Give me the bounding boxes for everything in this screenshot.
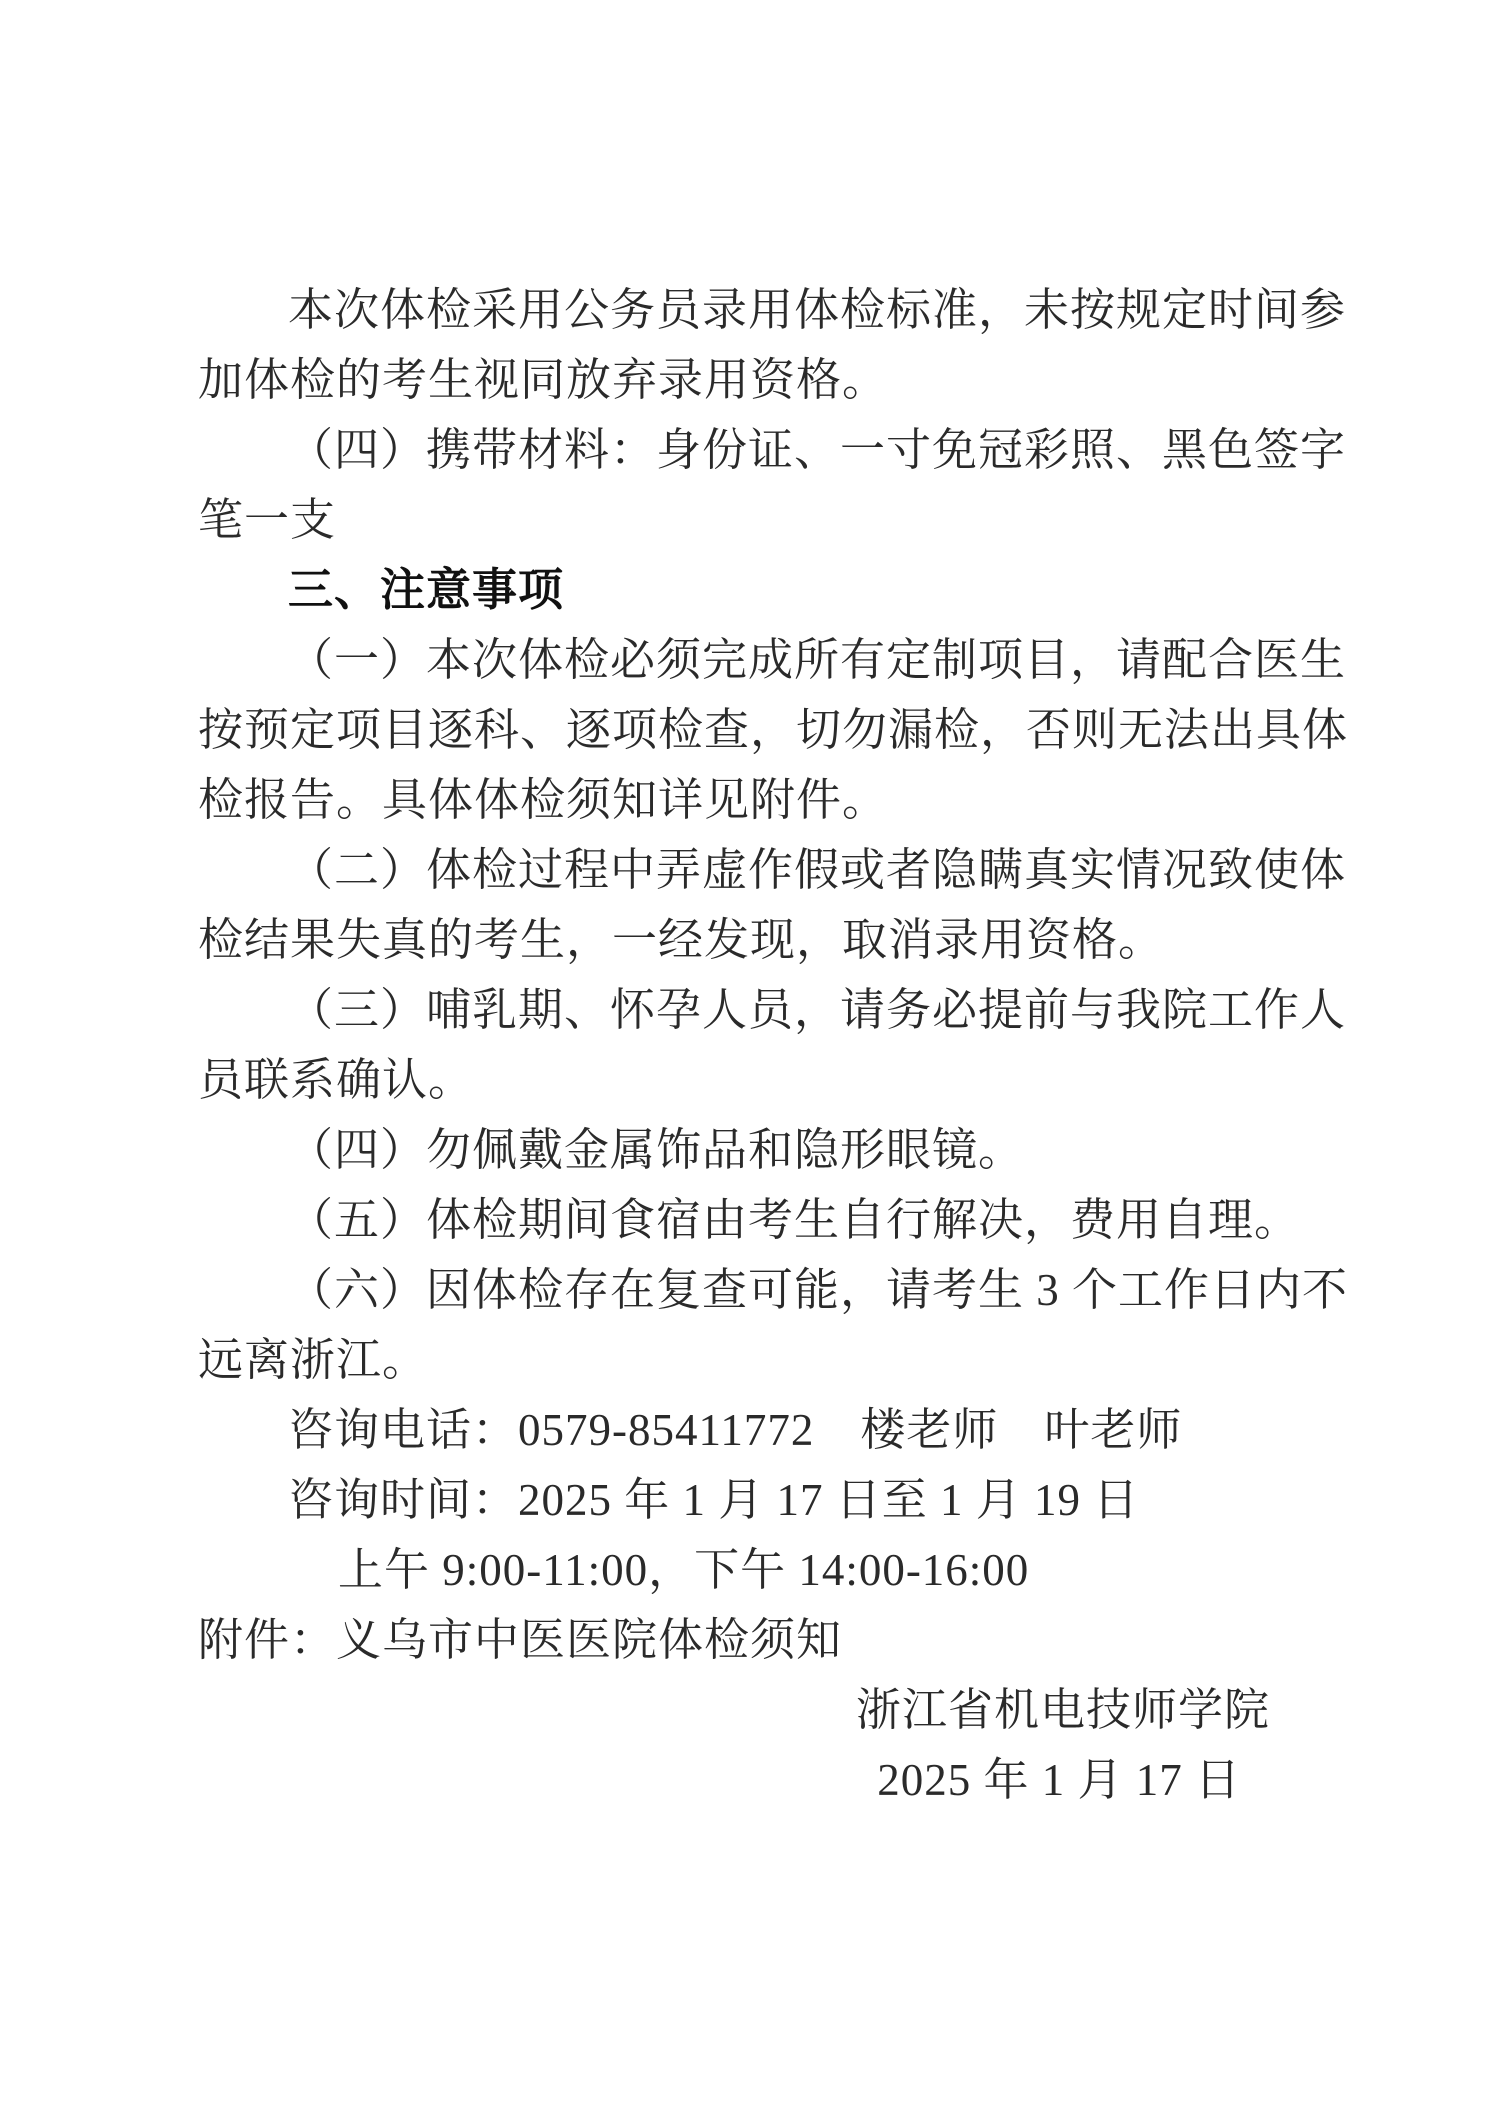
doc-line-standard-2: 加体检的考生视同放弃录用资格。 [198,345,1313,415]
document-page: 本次体检采用公务员录用体检标准，未按规定时间参 加体检的考生视同放弃录用资格。 … [0,0,1500,2121]
doc-line-note6-1: （六）因体检存在复查可能，请考生 3 个工作日内不 [198,1255,1313,1325]
doc-line-note1-2: 按预定项目逐科、逐项检查，切勿漏检，否则无法出具体 [198,695,1313,765]
doc-line-attachment: 附件：义乌市中医医院体检须知 [198,1605,1313,1675]
document-text-block: 本次体检采用公务员录用体检标准，未按规定时间参 加体检的考生视同放弃录用资格。 … [198,275,1313,1815]
doc-line-materials-2: 笔一支 [198,485,1313,555]
doc-line-standard-1: 本次体检采用公务员录用体检标准，未按规定时间参 [198,275,1313,345]
doc-line-daily-hours: 上午 9:00-11:00，下午 14:00-16:00 [198,1535,1313,1605]
doc-line-materials-1: （四）携带材料：身份证、一寸免冠彩照、黑色签字 [198,415,1313,485]
signature-date: 2025 年 1 月 17 日 [198,1745,1313,1815]
doc-line-note2-2: 检结果失真的考生，一经发现，取消录用资格。 [198,905,1313,975]
doc-line-phone: 咨询电话：0579-85411772 楼老师 叶老师 [198,1395,1313,1465]
signature-organization: 浙江省机电技师学院 [198,1675,1313,1745]
doc-line-note3-2: 员联系确认。 [198,1045,1313,1115]
section-heading-notes: 三、注意事项 [198,555,1313,625]
doc-line-note4: （四）勿佩戴金属饰品和隐形眼镜。 [198,1115,1313,1185]
doc-line-note6-2: 远离浙江。 [198,1325,1313,1395]
doc-line-note3-1: （三）哺乳期、怀孕人员，请务必提前与我院工作人 [198,975,1313,1045]
doc-line-note5: （五）体检期间食宿由考生自行解决，费用自理。 [198,1185,1313,1255]
doc-line-note1-3: 检报告。具体体检须知详见附件。 [198,765,1313,835]
doc-line-note1-1: （一）本次体检必须完成所有定制项目，请配合医生 [198,625,1313,695]
doc-line-note2-1: （二）体检过程中弄虚作假或者隐瞒真实情况致使体 [198,835,1313,905]
doc-line-consult-time: 咨询时间：2025 年 1 月 17 日至 1 月 19 日 [198,1465,1313,1535]
